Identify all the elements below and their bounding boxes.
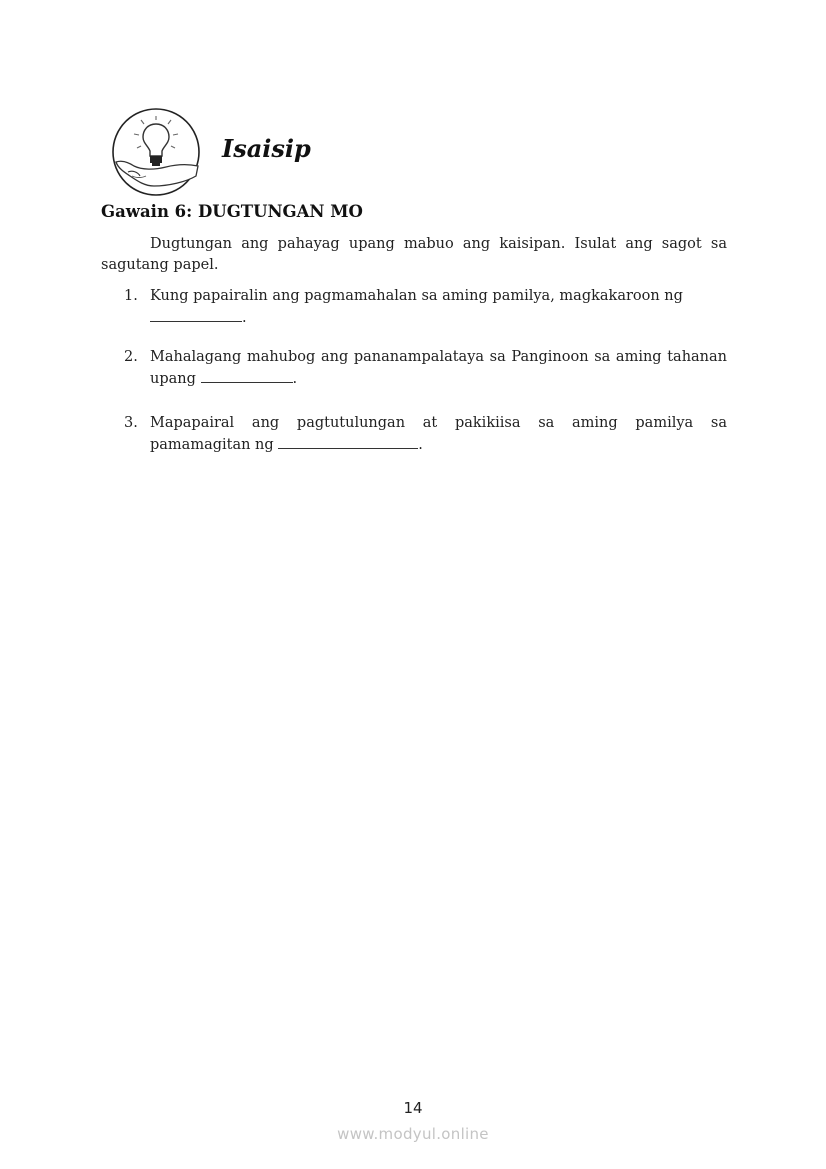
- item-number: 3.: [124, 413, 148, 434]
- section-title: Isaisip: [222, 134, 311, 163]
- watermark: www.modyul.online: [0, 1125, 826, 1143]
- activity-instructions: Dugtungan ang pahayag upang mabuo ang ka…: [101, 234, 727, 276]
- answer-blank[interactable]: [150, 307, 242, 322]
- answer-blank[interactable]: [278, 434, 418, 449]
- item-number: 2.: [124, 347, 148, 368]
- item-text: Kung papairalin ang pagmamahalan sa amin…: [150, 288, 683, 304]
- answer-blank[interactable]: [201, 368, 293, 383]
- list-item: 3. Mapapairal ang pagtutulungan at pakik…: [124, 413, 727, 456]
- page-number: 14: [0, 1099, 826, 1117]
- lightbulb-hand-icon: [110, 104, 210, 200]
- item-suffix: .: [242, 310, 247, 326]
- item-suffix: .: [418, 437, 423, 453]
- activity-title: Gawain 6: DUGTUNGAN MO: [101, 202, 363, 221]
- list-item: 2. Mahalagang mahubog ang pananampalatay…: [124, 347, 727, 390]
- item-suffix: .: [293, 371, 298, 387]
- item-number: 1.: [124, 286, 148, 307]
- worksheet-page: Isaisip Gawain 6: DUGTUNGAN MO Dugtungan…: [0, 0, 826, 1169]
- list-item: 1. Kung papairalin ang pagmamahalan sa a…: [124, 286, 727, 329]
- item-text: Mapapairal ang pagtutulungan at pakikiis…: [150, 415, 727, 453]
